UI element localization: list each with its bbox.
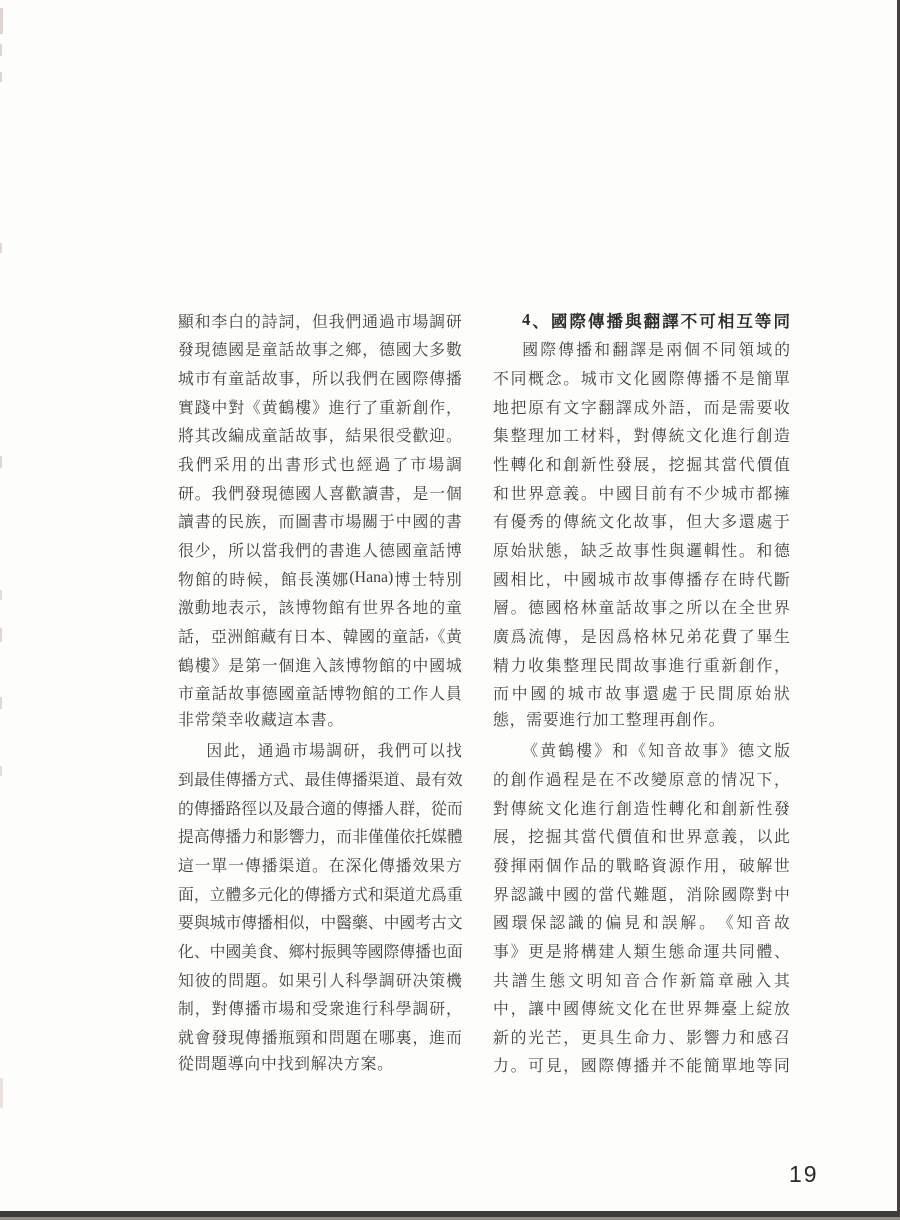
text-line: 發揮兩個作品的戰略資源作用，破解世 [493, 850, 790, 879]
scan-artifact [0, 44, 2, 56]
text-line: 市童話故事德國童話博物館的工作人員 [178, 678, 462, 707]
text-line: 精力收集整理民間故事進行重新創作， [493, 650, 790, 679]
text-line: 知彼的問題。如果引人科學調研决策機 [178, 965, 462, 994]
text-line: 廣爲流傳，是因爲格林兄弟花費了畢生 [493, 621, 790, 650]
scan-artifact [0, 243, 2, 253]
text-line: 鶴樓》是第一個進入該博物館的中國城 [178, 650, 462, 679]
text-line: 不同概念。城市文化國際傳播不是簡單 [493, 363, 790, 392]
text-line: 顯和李白的詩詞，但我們通過市場調研 [178, 306, 462, 335]
text-line: 地把原有文字翻譯成外語，而是需要收 [493, 392, 790, 421]
text-line: 態，需要進行加工整理再創作。 [493, 707, 790, 736]
text-line: 研。我們發現德國人喜歡讀書，是一個 [178, 478, 462, 507]
text-line: 中，讓中國傳統文化在世界舞臺上綻放 [493, 993, 790, 1022]
text-line: 的創作過程是在不改變原意的情况下， [493, 764, 790, 793]
text-line: 《黄鶴樓》和《知音故事》德文版 [493, 736, 790, 765]
text-line: 界認識中國的當代難題，消除國際對中 [493, 879, 790, 908]
text-line: 共譜生態文明知音合作新篇章融入其 [493, 965, 790, 994]
text-line: 話，亞洲館藏有日本、韓國的童話,《黄 [178, 621, 462, 650]
section-heading: 4、國際傳播與翻譯不可相互等同 [493, 306, 790, 335]
text-line: 就會發現傳播瓶頸和問題在哪裏，進而 [178, 1022, 462, 1051]
text-line: 發現德國是童話故事之鄉，德國大多數 [178, 335, 462, 364]
right-text-column: 4、國際傳播與翻譯不可相互等同國際傳播和翻譯是兩個不同領域的不同概念。城市文化國… [493, 306, 790, 1079]
scan-artifact [0, 456, 2, 468]
scanned-book-page: 顯和李白的詩詞，但我們通過市場調研發現德國是童話故事之鄉，德國大多數城市有童話故… [0, 0, 900, 1220]
text-line: 因此，通過市場調研，我們可以找 [178, 736, 462, 765]
text-line: 提高傳播力和影響力，而非僅僅依托媒體 [178, 822, 462, 851]
text-line: 性轉化和創新性發展，挖掘其當代價值 [493, 449, 790, 478]
scan-artifact [0, 72, 2, 82]
text-line: 和世界意義。中國目前有不少城市都擁 [493, 478, 790, 507]
text-line: 這一單一傳播渠道。在深化傳播效果方 [178, 850, 462, 879]
page-number: 19 [789, 1161, 829, 1188]
text-line: 力。可見，國際傳播并不能簡單地等同 [493, 1051, 790, 1080]
text-line: 非常榮幸收藏這本書。 [178, 707, 462, 736]
text-line: 從問題導向中找到解决方案。 [178, 1051, 462, 1080]
scan-artifact [0, 590, 2, 600]
scan-artifact [0, 628, 2, 642]
text-line: 層。德國格林童話故事之所以在全世界 [493, 592, 790, 621]
text-line: 有優秀的傳統文化故事，但大多還處于 [493, 506, 790, 535]
text-line: 制，對傳播市場和受衆進行科學調研， [178, 993, 462, 1022]
text-line: 對傳統文化進行創造性轉化和創新性發 [493, 793, 790, 822]
scan-artifact [0, 766, 2, 776]
text-line: 的傳播路徑以及最合適的傳播人群，從而 [178, 793, 462, 822]
scan-artifact [0, 697, 2, 709]
text-line: 要與城市傳播相似，中醫藥、中國考古文 [178, 907, 462, 936]
text-line: 我們采用的出書形式也經過了市場調 [178, 449, 462, 478]
scan-artifact [0, 1078, 3, 1108]
text-line: 城市有童話故事，所以我們在國際傳播 [178, 363, 462, 392]
text-line: 物館的時候，館長漢娜(Hana)博士特別 [178, 564, 462, 593]
text-line: 集整理加工材料，對傳統文化進行創造 [493, 421, 790, 450]
text-line: 將其改編成童話故事，結果很受歡迎。 [178, 421, 462, 450]
text-line: 激動地表示，該博物館有世界各地的童 [178, 592, 462, 621]
text-line: 原始狀態，缺乏故事性與邏輯性。和德 [493, 535, 790, 564]
text-line: 面，立體多元化的傳播方式和渠道尤爲重 [178, 879, 462, 908]
text-line: 到最佳傳播方式、最佳傳播渠道、最有效 [178, 764, 462, 793]
text-line: 國環保認識的偏見和誤解。《知音故 [493, 907, 790, 936]
text-line: 很少，所以當我們的書進人德國童話博 [178, 535, 462, 564]
text-line: 展，挖掘其當代價值和世界意義，以此 [493, 822, 790, 851]
text-line: 國際傳播和翻譯是兩個不同領域的 [493, 335, 790, 364]
text-line: 讀書的民族，而圖書市場關于中國的書 [178, 506, 462, 535]
text-line: 而中國的城市故事還處于民間原始狀 [493, 678, 790, 707]
text-line: 實踐中對《黄鶴樓》進行了重新創作， [178, 392, 462, 421]
scan-artifact [0, 8, 3, 34]
text-line: 新的光芒，更具生命力、影響力和感召 [493, 1022, 790, 1051]
text-line: 國相比，中國城市故事傳播存在時代斷 [493, 564, 790, 593]
text-line: 事》更是將構建人類生態命運共同體、 [493, 936, 790, 965]
text-line: 化、中國美食、鄉村振興等國際傳播也面 [178, 936, 462, 965]
left-text-column: 顯和李白的詩詞，但我們通過市場調研發現德國是童話故事之鄉，德國大多數城市有童話故… [178, 306, 462, 1079]
